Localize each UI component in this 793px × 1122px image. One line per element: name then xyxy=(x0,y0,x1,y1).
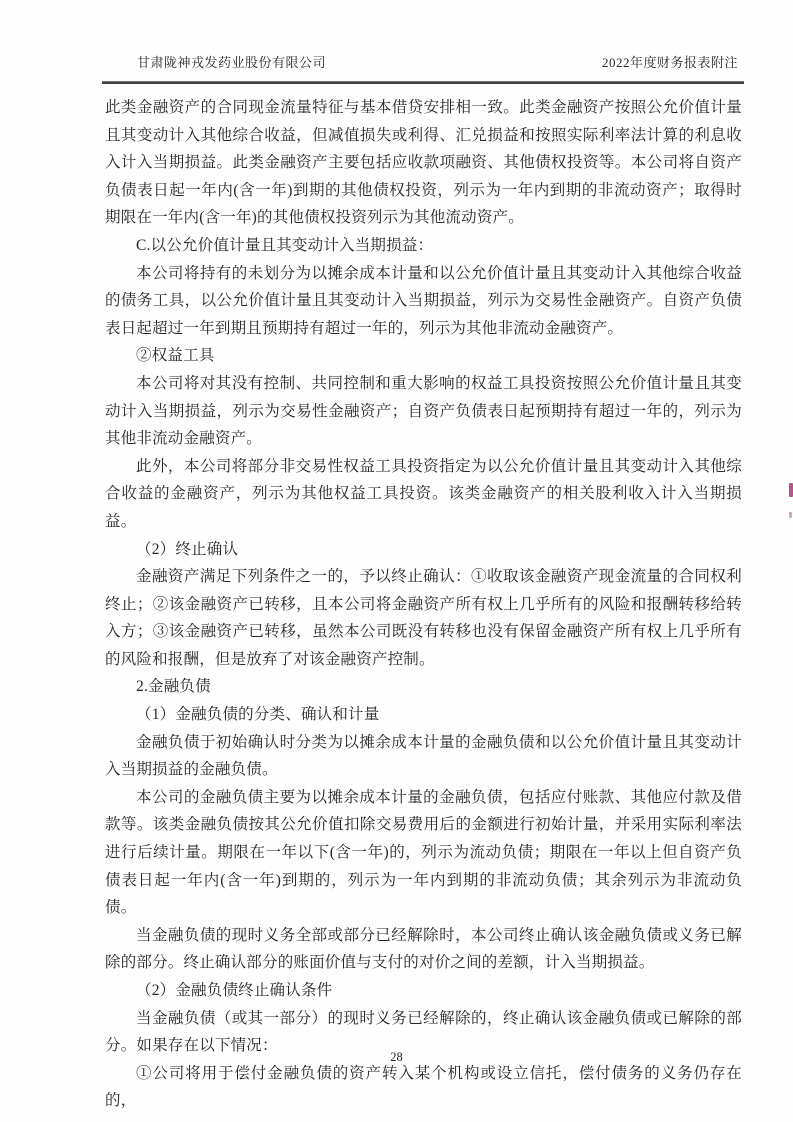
page-header: 甘肃陇神戎发药业股份有限公司 2022年度财务报表附注 xyxy=(137,52,738,71)
paragraph: 此外，本公司将部分非交易性权益工具投资指定为以公允价值计量且其变动计入其他综合收… xyxy=(105,453,742,536)
paragraph: 当金融负债的现时义务全部或部分已经解除时，本公司终止确认该金融负债或义务已解除的… xyxy=(105,922,742,977)
paragraph: （2）终止确认 xyxy=(105,536,742,564)
seal-edge-dot xyxy=(789,512,792,518)
paragraph: 金融负债于初始确认时分类为以摊余成本计量的金融负债和以公允价值计量且其变动计入当… xyxy=(105,729,742,784)
document-body: 此类金融资产的合同现金流量特征与基本借贷安排相一致。此类金融资产按照公允价值计量… xyxy=(105,94,742,1115)
seal-edge-mark xyxy=(789,483,793,497)
paragraph: C.以公允价值计量且其变动计入当期损益： xyxy=(105,232,742,260)
page-number: 28 xyxy=(390,1050,403,1064)
paragraph: （1）金融负债的分类、确认和计量 xyxy=(105,701,742,729)
header-doc-title: 2022年度财务报表附注 xyxy=(602,52,738,71)
paragraph: ①公司将用于偿付金融负债的资产转入某个机构或设立信托，偿付债务的义务仍存在的， xyxy=(105,1060,742,1115)
header-rule xyxy=(102,81,744,84)
page-footer: 28 xyxy=(0,1050,793,1065)
document-page: 甘肃陇神戎发药业股份有限公司 2022年度财务报表附注 此类金融资产的合同现金流… xyxy=(0,0,793,1122)
paragraph: 本公司将持有的未划分为以摊余成本计量和以公允价值计量且其变动计入其他综合收益的债… xyxy=(105,260,742,343)
paragraph: 此类金融资产的合同现金流量特征与基本借贷安排相一致。此类金融资产按照公允价值计量… xyxy=(105,94,742,232)
paragraph: （2）金融负债终止确认条件 xyxy=(105,977,742,1005)
paragraph: 2.金融负债 xyxy=(105,673,742,701)
paragraph: 金融资产满足下列条件之一的，予以终止确认：①收取该金融资产现金流量的合同权利终止… xyxy=(105,563,742,673)
paragraph: 本公司的金融负债主要为以摊余成本计量的金融负债，包括应付账款、其他应付款及借款等… xyxy=(105,784,742,922)
paragraph: ②权益工具 xyxy=(105,342,742,370)
paragraph: 本公司将对其没有控制、共同控制和重大影响的权益工具投资按照公允价值计量且其变动计… xyxy=(105,370,742,453)
header-company-name: 甘肃陇神戎发药业股份有限公司 xyxy=(137,52,326,71)
